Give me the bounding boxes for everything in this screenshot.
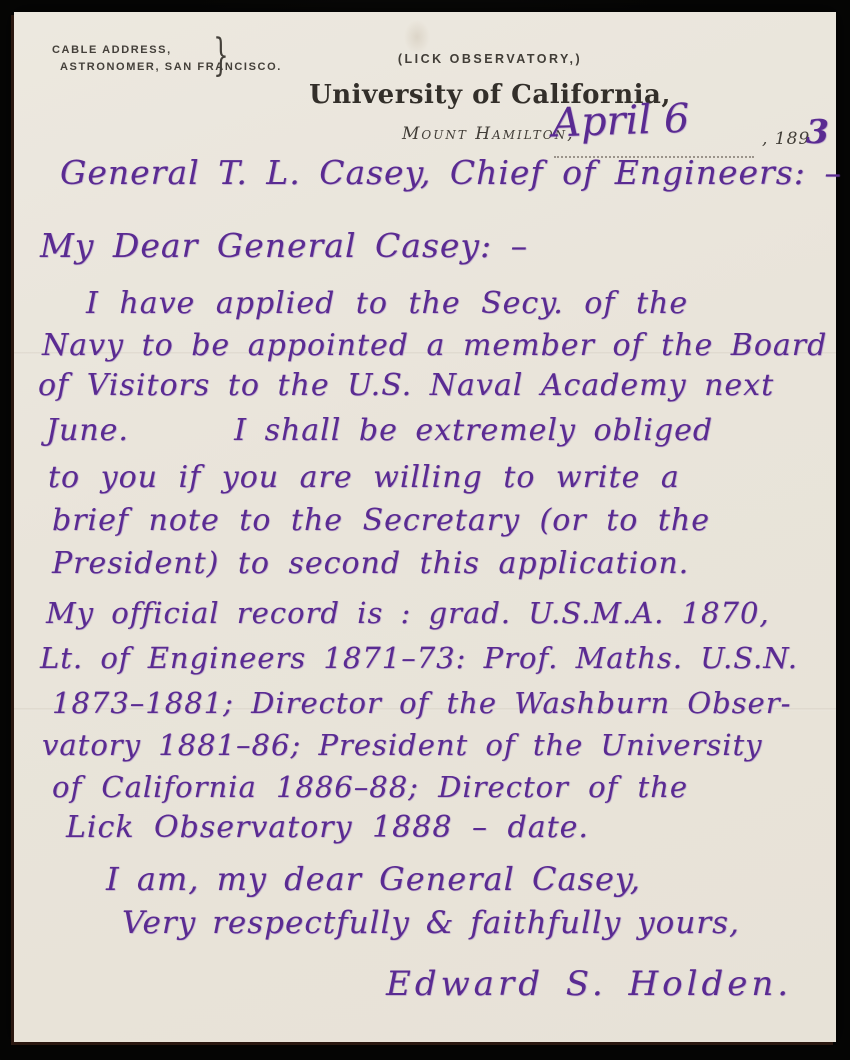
- handwritten-line: of California 1886–88; Director of the: [52, 770, 688, 804]
- institution-name: University of California,: [14, 80, 850, 110]
- handwritten-line: Lick Observatory 1888 – date.: [66, 810, 589, 845]
- observatory-label: (LICK OBSERVATORY,): [14, 52, 850, 66]
- handwritten-line: to you if you are willing to write a: [48, 460, 680, 495]
- printed-year-prefix: , 189: [762, 129, 810, 149]
- handwritten-line: President) to second this application.: [52, 546, 689, 581]
- paper-stain: [404, 20, 430, 54]
- handwritten-line: Navy to be appointed a member of the Boa…: [42, 328, 827, 363]
- closing-line: I am, my dear General Casey,: [106, 860, 641, 898]
- handwritten-date: April 6: [551, 96, 690, 147]
- letter-page: CABLE ADDRESS, ASTRONOMER, SAN FRANCISCO…: [14, 12, 836, 1042]
- handwritten-line: 1873–1881; Director of the Washburn Obse…: [52, 686, 791, 720]
- salutation-line: My Dear General Casey: –: [40, 226, 528, 265]
- handwritten-line: of Visitors to the U.S. Naval Academy ne…: [38, 368, 774, 403]
- handwritten-line: June. I shall be extremely obliged: [46, 413, 713, 448]
- address-line: General T. L. Casey, Chief of Engineers:…: [60, 153, 842, 192]
- handwritten-line: Lt. of Engineers 1871–73: Prof. Maths. U…: [40, 641, 798, 675]
- handwritten-line: My official record is : grad. U.S.M.A. 1…: [46, 596, 770, 630]
- photo-background: CABLE ADDRESS, ASTRONOMER, SAN FRANCISCO…: [0, 0, 850, 1060]
- signature: Edward S. Holden.: [386, 964, 792, 1004]
- handwritten-line: vatory 1881–86; President of the Univers…: [42, 728, 763, 762]
- handwritten-line: brief note to the Secretary (or to the: [52, 503, 710, 538]
- handwritten-year-digit: 3: [806, 112, 829, 151]
- valediction-line: Very respectfully & faithfully yours,: [122, 905, 740, 941]
- place-label: Mount Hamilton,: [402, 124, 575, 144]
- handwritten-line: I have applied to the Secy. of the: [86, 286, 688, 321]
